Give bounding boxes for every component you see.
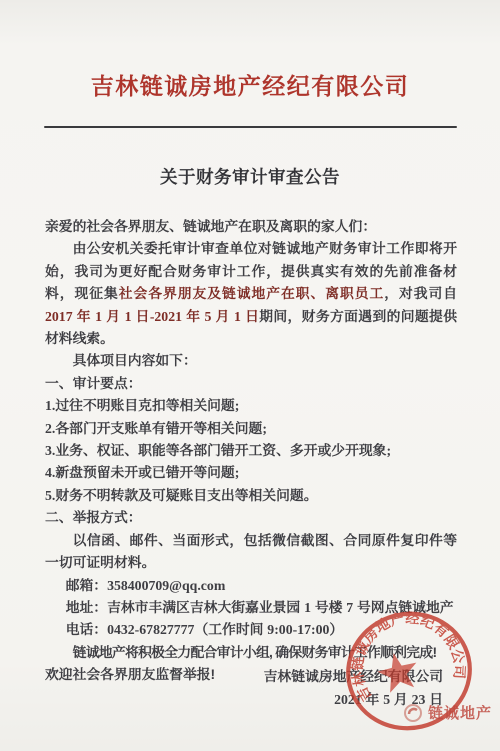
audit-item-2: 2.各部门开支账单有错开等相关问题; (45, 418, 457, 440)
brand-watermark: 链诚地产 (403, 702, 492, 723)
details-lead: 具体项目内容如下： (45, 350, 457, 372)
watermark-logo-icon (403, 703, 423, 723)
phone-line: 电话：0432-67827777（工作时间 9:00-17:00） (45, 619, 457, 641)
email-line: 邮箱：358400709@qq.com (45, 575, 457, 597)
company-title: 吉林链诚房地产经纪有限公司 (0, 68, 500, 101)
watermark-text: 链诚地产 (428, 702, 492, 723)
intro-paragraph: 由公安机关委托审计审查单位对链诚地产财务审计工作即将开始，我司为更好配合财务审计… (45, 238, 457, 350)
audit-item-5: 5.财务不明转款及可疑账目支出等相关问题。 (45, 485, 457, 507)
signature-company: 吉林链诚房地产经纪有限公司 (264, 666, 443, 689)
audit-points-heading: 一、审计要点： (45, 373, 457, 395)
report-method-heading: 二、举报方式： (45, 507, 457, 529)
doc-body: 亲爱的社会各界朋友、链诚地产在职及离职的家人们： 由公安机关委托审计审查单位对链… (45, 216, 457, 687)
audit-item-4: 4.新盘预留未开或已错开等问题; (45, 462, 457, 484)
salutation: 亲爱的社会各界朋友、链诚地产在职及离职的家人们： (45, 216, 457, 238)
audit-item-3: 3.业务、权证、职能等各部门错开工资、多开或少开现象; (45, 440, 457, 462)
audit-item-1: 1.过往不明账目克扣等相关问题; (45, 395, 457, 417)
report-method-desc: 以信函、邮件、当面形式，包括微信截图、合同原件复印件等一切可证明材料。 (45, 530, 457, 575)
address-line: 地址：吉林市丰满区吉林大街嘉业景园 1 号楼 7 号网点链诚地产 (45, 597, 457, 619)
notice-document: 吉林链诚房地产经纪有限公司 关于财务审计审查公告 亲爱的社会各界朋友、链诚地产在… (0, 0, 500, 751)
doc-title: 关于财务审计审查公告 (0, 164, 500, 189)
header-divider (44, 126, 457, 128)
closing-line-1: 链诚地产将积极全力配合审计小组, 确保财务审计工作顺利完成! (45, 642, 457, 664)
